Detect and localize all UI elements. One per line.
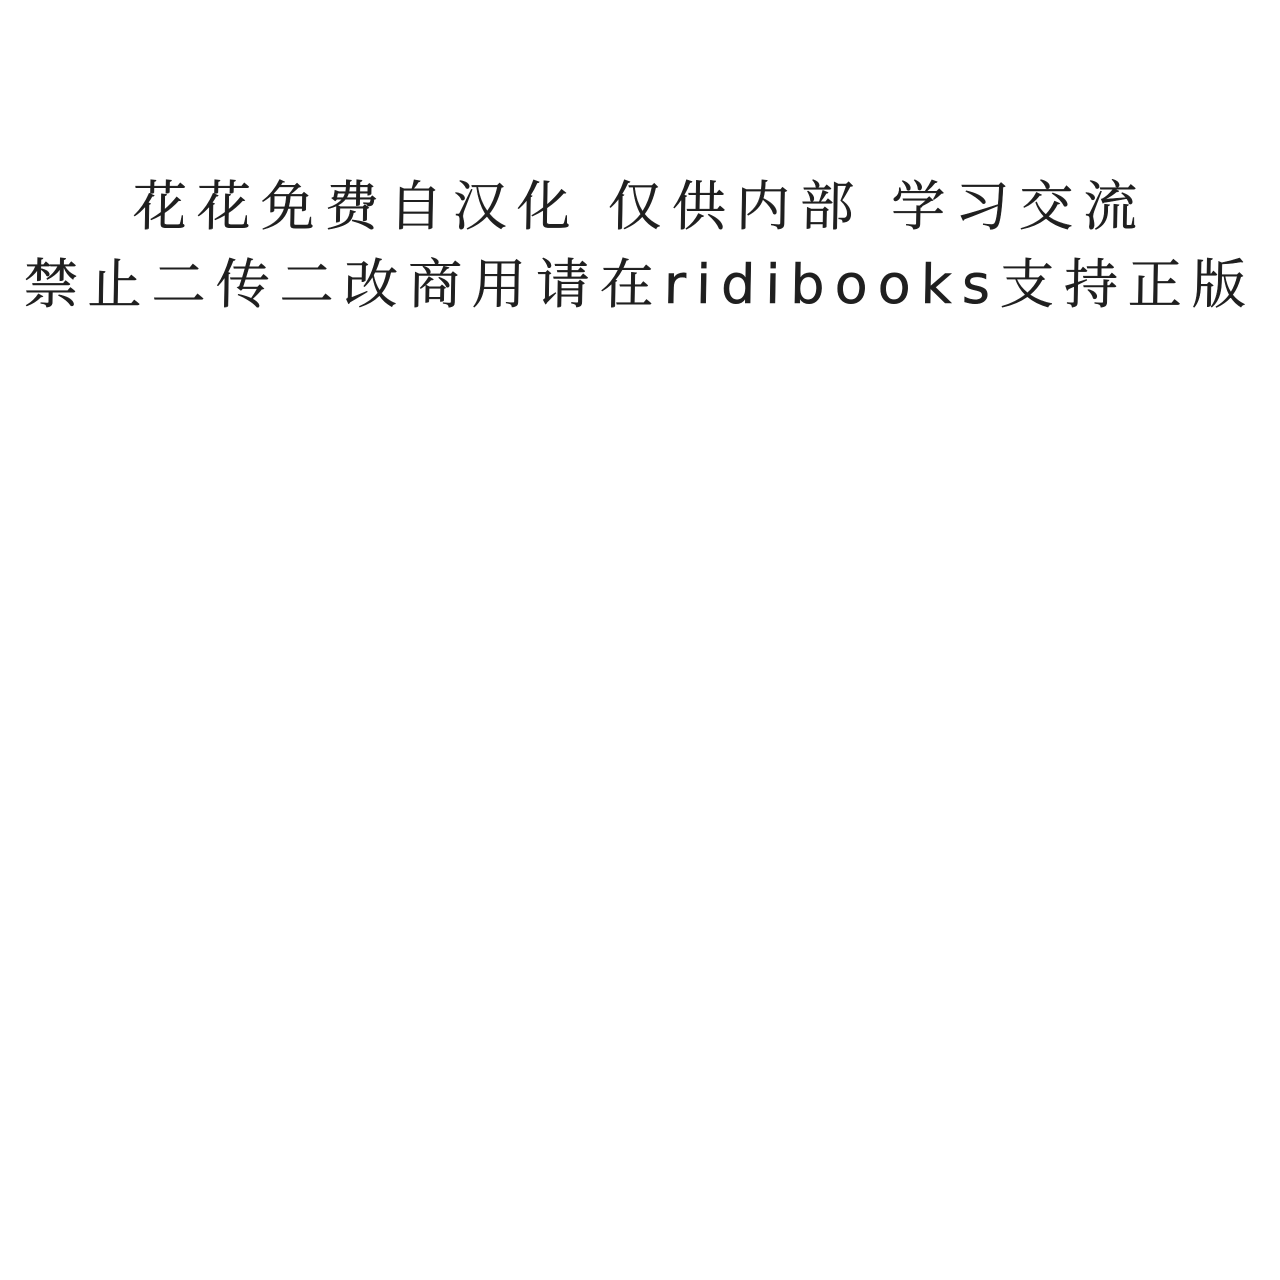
disclaimer-line-2: 禁止二传二改商用请在ridibooks支持正版 [0, 246, 1280, 324]
disclaimer-page: 花花免费自汉化 仅供内部 学习交流 禁止二传二改商用请在ridibooks支持正… [0, 0, 1280, 1280]
disclaimer-line-1: 花花免费自汉化 仅供内部 学习交流 [0, 168, 1280, 246]
disclaimer-notice: 花花免费自汉化 仅供内部 学习交流 禁止二传二改商用请在ridibooks支持正… [0, 168, 1280, 324]
